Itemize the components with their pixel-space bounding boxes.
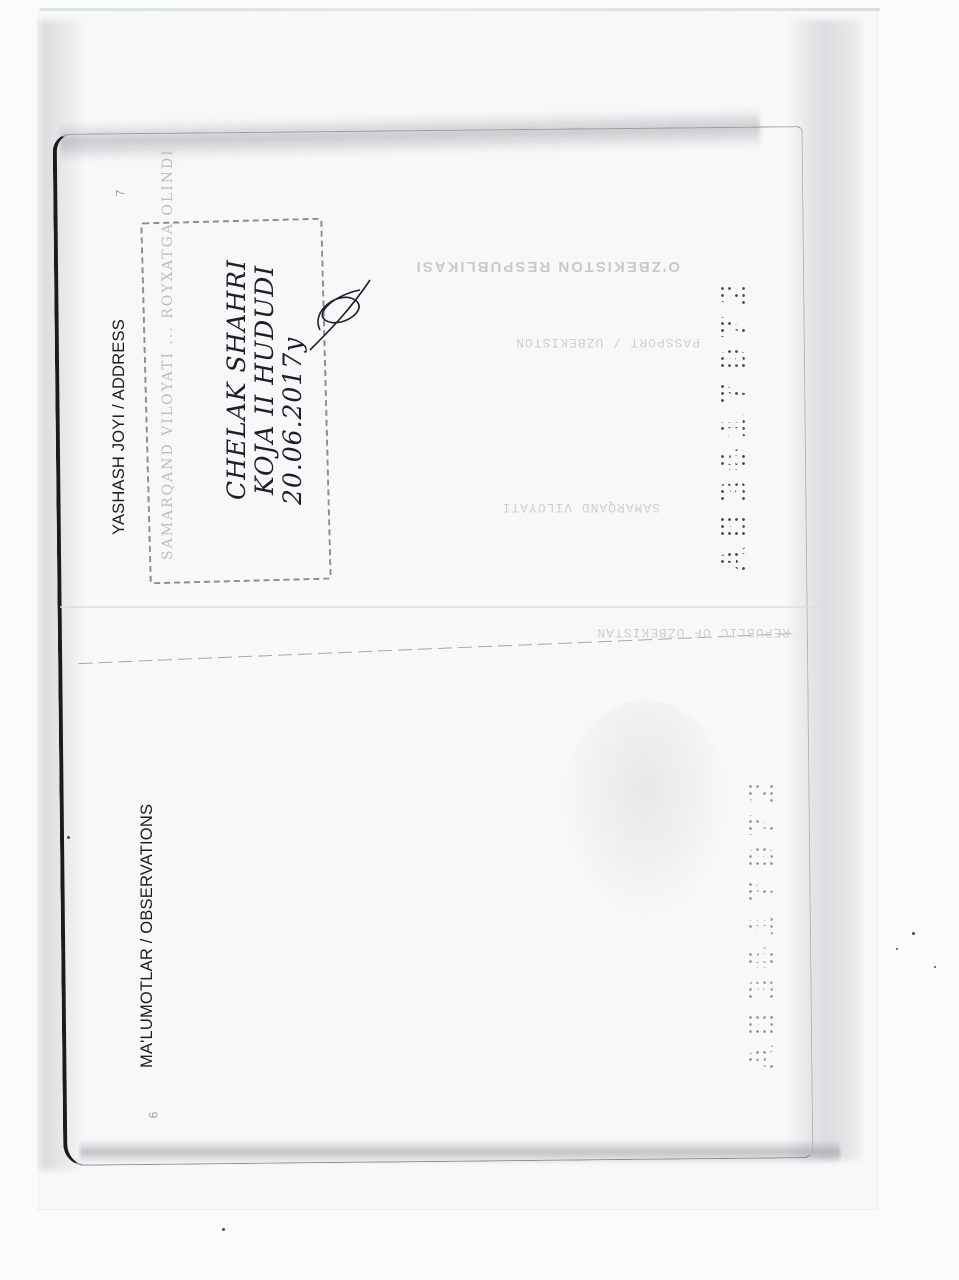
photo-ghost xyxy=(560,700,730,920)
handwritten-address-line: KOJA II HUDUDI xyxy=(250,265,279,495)
bleed-through-line: SAMARQAND VILOYATI xyxy=(502,500,660,515)
bleed-through-line: REPUBLIC OF UZBEKISTAN xyxy=(596,625,790,640)
scan-speckle xyxy=(896,948,898,950)
page-divider xyxy=(60,606,820,608)
scan-speckle xyxy=(67,836,70,839)
observations-heading: MA'LUMOTLAR / OBSERVATIONS xyxy=(138,804,157,1068)
perforated-serial-number: AB3617072 xyxy=(712,273,760,572)
perforated-serial-number: AB3617072 xyxy=(740,771,788,1070)
scan-speckle xyxy=(222,1228,225,1231)
page-number: 6 xyxy=(146,1112,160,1119)
sheet-edge xyxy=(40,8,880,11)
handwritten-date: 20.06.2017y xyxy=(278,337,307,505)
bleed-through-header: O'ZBEKISTON RESPUBLIKASI xyxy=(415,258,680,275)
scan-speckle xyxy=(934,966,936,968)
page-number: 7 xyxy=(113,190,127,197)
scan-speckle xyxy=(912,932,915,935)
signature xyxy=(300,270,380,360)
bleed-through-line: PASSPORT / UZBEKISTON xyxy=(515,335,700,350)
handwritten-address-line: CHELAK SHAHRI xyxy=(222,259,251,500)
address-heading: YASHASH JOYI / ADDRESS xyxy=(110,319,129,535)
stamp-faint-text: SAMARQAND VILOYATI ... ROYXATGA OLINDI xyxy=(160,148,176,560)
